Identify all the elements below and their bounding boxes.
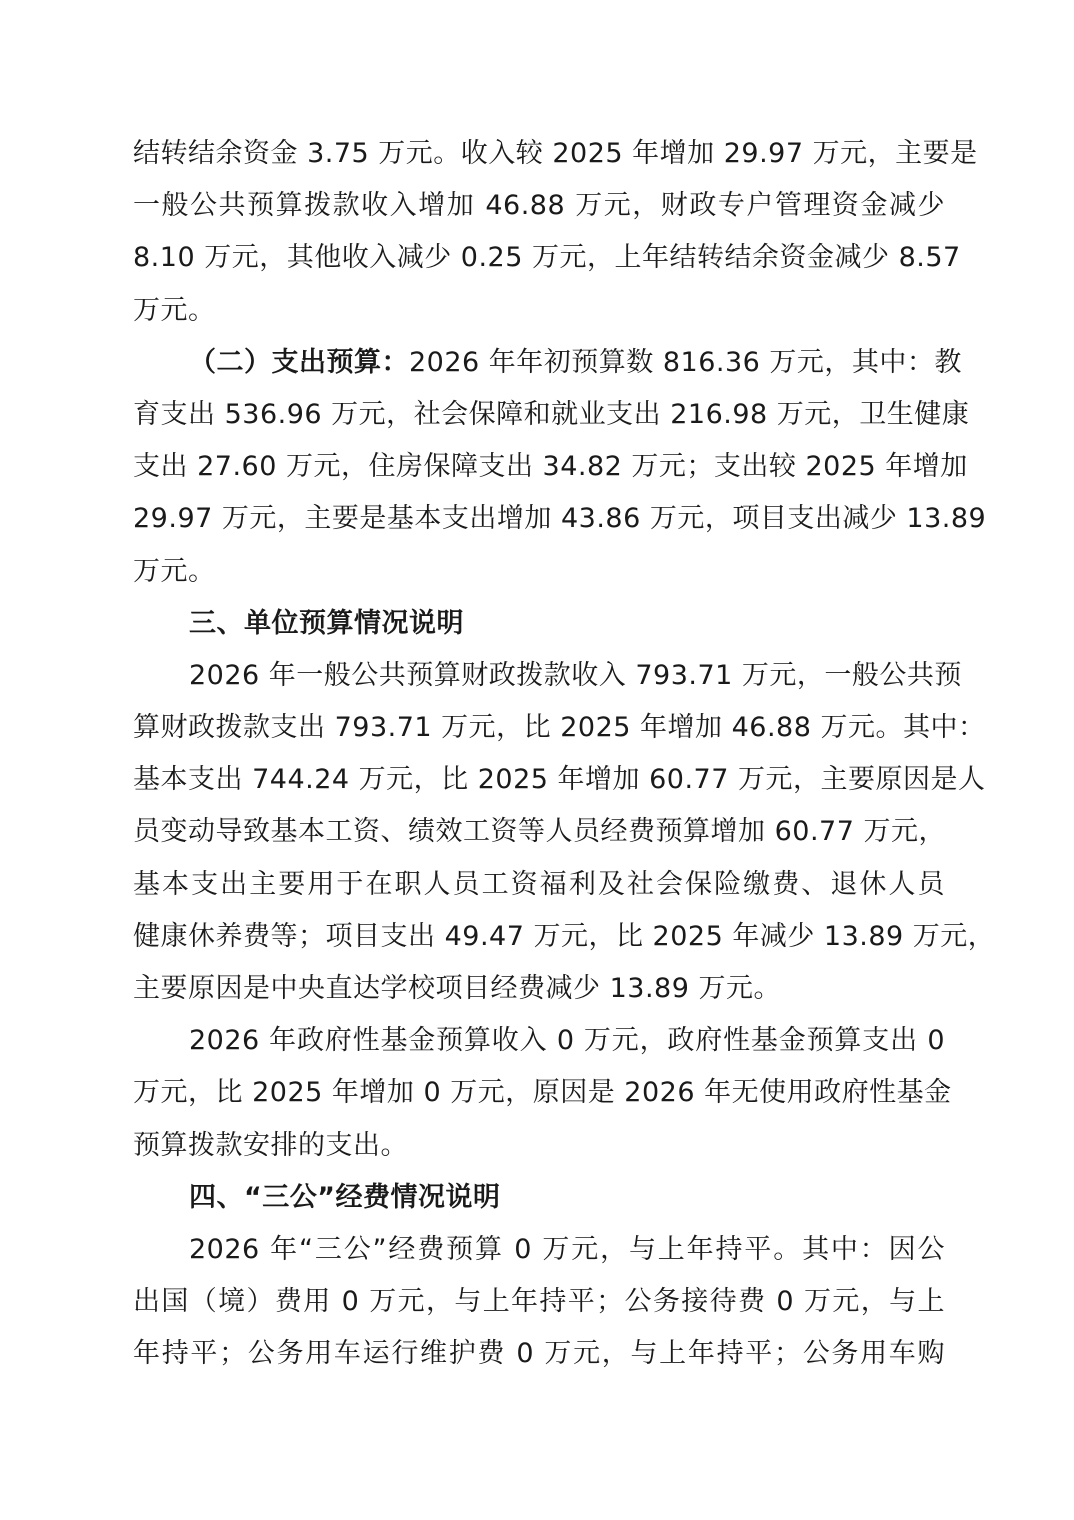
document-page: 结转结余资金 3.75 万元。收入较 2025 年增加 29.97 万元，主要是… [133, 128, 945, 1381]
paragraph-three-public: 2026 年“三公”经费预算 0 万元，与上年持平。其中：因公 出国（境）费用 … [133, 1224, 945, 1381]
text-line: 基本支出 744.24 万元，比 2025 年增加 60.77 万元，主要原因是… [133, 754, 945, 806]
text-line: 算财政拨款支出 793.71 万元，比 2025 年增加 46.88 万元。其中… [133, 702, 945, 754]
text-line: 一般公共预算拨款收入增加 46.88 万元，财政专户管理资金减少 [133, 180, 945, 232]
text-line: 结转结余资金 3.75 万元。收入较 2025 年增加 29.97 万元，主要是 [133, 128, 945, 180]
text-line: 基本支出主要用于在职人员工资福利及社会保险缴费、退休人员 [133, 859, 945, 911]
text-line: 预算拨款安排的支出。 [133, 1120, 945, 1172]
text-line: 2026 年政府性基金预算收入 0 万元，政府性基金预算支出 0 [133, 1015, 945, 1067]
text-line: 万元。 [133, 546, 945, 598]
paragraph-gov-fund: 2026 年政府性基金预算收入 0 万元，政府性基金预算支出 0 万元，比 20… [133, 1015, 945, 1172]
paragraph-income-tail: 结转结余资金 3.75 万元。收入较 2025 年增加 29.97 万元，主要是… [133, 128, 945, 337]
text-line: 万元，比 2025 年增加 0 万元，原因是 2026 年无使用政府性基金 [133, 1067, 945, 1119]
text-line: 2026 年一般公共预算财政拨款收入 793.71 万元，一般公共预 [133, 650, 945, 702]
paragraph-general-budget: 2026 年一般公共预算财政拨款收入 793.71 万元，一般公共预 算财政拨款… [133, 650, 945, 1015]
paragraph-expenditure-budget: （二）支出预算：2026 年年初预算数 816.36 万元，其中：教 育支出 5… [133, 337, 945, 598]
subheading-expenditure: （二）支出预算： [189, 347, 409, 378]
text-line: 健康休养费等；项目支出 49.47 万元，比 2025 年减少 13.89 万元… [133, 911, 945, 963]
text-line: 支出 27.60 万元，住房保障支出 34.82 万元；支出较 2025 年增加 [133, 441, 945, 493]
text-line: 员变动导致基本工资、绩效工资等人员经费预算增加 60.77 万元， [133, 806, 945, 858]
text-line: 育支出 536.96 万元，社会保障和就业支出 216.98 万元，卫生健康 [133, 389, 945, 441]
text-line: 年持平；公务用车运行维护费 0 万元，与上年持平；公务用车购 [133, 1328, 945, 1380]
text-line: 29.97 万元，主要是基本支出增加 43.86 万元，项目支出减少 13.89 [133, 493, 945, 545]
text-line: 出国（境）费用 0 万元，与上年持平；公务接待费 0 万元，与上 [133, 1276, 945, 1328]
section-heading-three-public: 四、“三公”经费情况说明 [133, 1172, 945, 1224]
text-line: 8.10 万元，其他收入减少 0.25 万元，上年结转结余资金减少 8.57 [133, 232, 945, 284]
text-line: 2026 年“三公”经费预算 0 万元，与上年持平。其中：因公 [133, 1224, 945, 1276]
text-line: （二）支出预算：2026 年年初预算数 816.36 万元，其中：教 [133, 337, 945, 389]
text-line: 万元。 [133, 285, 945, 337]
text-line: 主要原因是中央直达学校项目经费减少 13.89 万元。 [133, 963, 945, 1015]
text-span: 2026 年年初预算数 816.36 万元，其中：教 [409, 347, 962, 378]
section-heading-unit-budget: 三、单位预算情况说明 [133, 598, 945, 650]
